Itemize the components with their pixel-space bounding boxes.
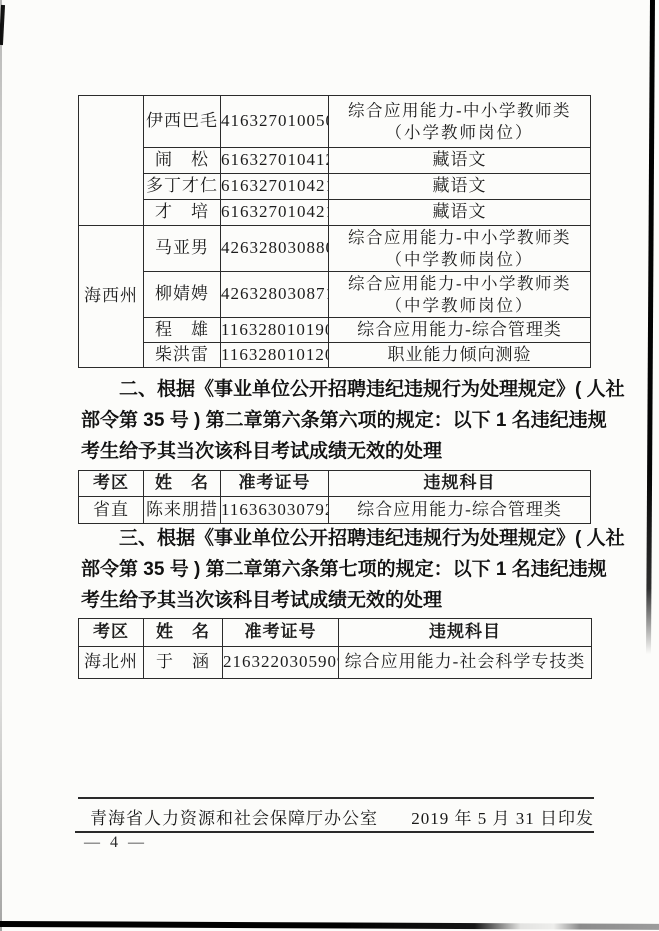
subject-cell: 藏语文 [329,148,591,174]
table-row: 海北州 于 涵 2163220305909 综合应用能力-社会科学专技类 [79,647,592,679]
ticket-cell: 6163270104126 [221,148,329,174]
footer-row: 青海省人力资源和社会保障厅办公室 2019 年 5 月 31 日印发 [78,802,594,830]
section-3-violation-table: 考区 姓 名 准考证号 违规科目 海北州 于 涵 2163220305909 综… [78,618,592,679]
region-cell: 省直 [79,497,144,524]
column-header-subject: 违规科目 [339,619,592,647]
ticket-cell: 4263280308803 [221,226,329,272]
table-header-row: 考区 姓 名 准考证号 违规科目 [79,471,591,497]
table-row: 柴洪雷 1163280101205 职业能力倾向测验 [79,343,591,368]
paragraph-line: 考生给予其当次该科目考试成绩无效的处理 [81,436,598,467]
region-cell: 海西州 [79,226,144,368]
name-cell: 闹 松 [144,148,221,174]
subject-cell: 藏语文 [329,174,591,200]
section-2-violation-table: 考区 姓 名 准考证号 违规科目 省直 陈来朋措 1163630307922 综… [78,470,591,524]
subject-cell: 藏语文 [329,200,591,226]
ticket-cell: 6163270104212 [221,174,329,200]
subject-line-2: （小学教师岗位） [329,122,590,143]
subject-cell: 综合应用能力-社会科学专技类 [339,647,592,679]
paragraph-line: 部令第 35 号 ) 第二章第六条第六项的规定：以下 1 名违纪违规 [81,405,598,436]
subject-line-1: 综合应用能力-中小学教师类 [329,227,590,248]
subject-cell: 综合应用能力-综合管理类 [329,318,591,343]
paragraph-line: 三、根据《事业单位公开招聘违纪违规行为处理规定》( 人社 [81,523,598,554]
table-row: 柳婧娉 4263280308714 综合应用能力-中小学教师类 （中学教师岗位） [79,272,591,318]
scan-artifact-left-edge [0,0,2,931]
ticket-cell: 4163270100502 [221,96,329,148]
section-3-paragraph: 三、根据《事业单位公开招聘违纪违规行为处理规定》( 人社 部令第 35 号 ) … [81,523,598,616]
ticket-cell: 4263280308714 [221,272,329,318]
column-header-ticket: 准考证号 [223,619,339,647]
subject-line-1: 综合应用能力-中小学教师类 [329,100,590,121]
paragraph-line: 考生给予其当次该科目考试成绩无效的处理 [81,585,598,616]
scan-artifact-bottom-edge [0,921,659,930]
scan-artifact-right-edge [646,0,655,654]
table-row: 多丁才仁 6163270104212 藏语文 [79,174,591,200]
column-header-subject: 违规科目 [329,471,591,497]
subject-cell: 综合应用能力-中小学教师类 （中学教师岗位） [329,272,591,318]
ticket-cell: 1163280101205 [221,343,329,368]
paragraph-line: 部令第 35 号 ) 第二章第六条第七项的规定：以下 1 名违纪违规 [81,554,598,585]
name-cell: 程 雄 [144,318,221,343]
name-cell: 柴洪雷 [144,343,221,368]
table-row: 海西州 马亚男 4263280308803 综合应用能力-中小学教师类 （中学教… [79,226,591,272]
region-cell: 海北州 [79,647,144,679]
name-cell: 于 涵 [144,647,223,679]
ticket-cell: 2163220305909 [223,647,339,679]
print-date: 2019 年 5 月 31 日印发 [411,804,594,829]
page-number: — 4 — [84,834,147,852]
subject-cell: 职业能力倾向测验 [329,343,591,368]
name-cell: 才 培 [144,200,221,226]
violations-table-continued: 伊西巴毛 4163270100502 综合应用能力-中小学教师类 （小学教师岗位… [78,95,591,368]
subject-cell: 综合应用能力-中小学教师类 （中学教师岗位） [329,226,591,272]
column-header-name: 姓 名 [144,471,221,497]
name-cell: 陈来朋措 [144,497,221,524]
footer-top-rule [78,797,594,799]
name-cell: 柳婧娉 [144,272,221,318]
table-header-row: 考区 姓 名 准考证号 违规科目 [79,619,592,647]
paragraph-line: 二、根据《事业单位公开招聘违纪违规行为处理规定》( 人社 [81,374,598,405]
column-header-ticket: 准考证号 [221,471,329,497]
table-row: 省直 陈来朋措 1163630307922 综合应用能力-综合管理类 [79,497,591,524]
subject-line-1: 综合应用能力-中小学教师类 [329,273,590,294]
column-header-region: 考区 [79,619,144,647]
column-header-name: 姓 名 [144,619,223,647]
ticket-cell: 6163270104217 [221,200,329,226]
issuing-office: 青海省人力资源和社会保障厅办公室 [78,804,378,829]
region-cell [79,96,144,226]
name-cell: 马亚男 [144,226,221,272]
scanned-document-page: 伊西巴毛 4163270100502 综合应用能力-中小学教师类 （小学教师岗位… [0,0,659,931]
subject-line-2: （中学教师岗位） [329,249,590,270]
section-2-paragraph: 二、根据《事业单位公开招聘违纪违规行为处理规定》( 人社 部令第 35 号 ) … [81,374,598,467]
ticket-cell: 1163630307922 [221,497,329,524]
name-cell: 多丁才仁 [144,174,221,200]
name-cell: 伊西巴毛 [144,96,221,148]
ticket-cell: 1163280101905 [221,318,329,343]
subject-line-2: （中学教师岗位） [329,295,590,316]
table-row: 才 培 6163270104217 藏语文 [79,200,591,226]
table-row: 闹 松 6163270104126 藏语文 [79,148,591,174]
footer-bottom-rule [75,831,594,833]
subject-cell: 综合应用能力-中小学教师类 （小学教师岗位） [329,96,591,148]
subject-cell: 综合应用能力-综合管理类 [329,497,591,524]
column-header-region: 考区 [79,471,144,497]
table-row: 伊西巴毛 4163270100502 综合应用能力-中小学教师类 （小学教师岗位… [79,96,591,148]
table-row: 程 雄 1163280101905 综合应用能力-综合管理类 [79,318,591,343]
